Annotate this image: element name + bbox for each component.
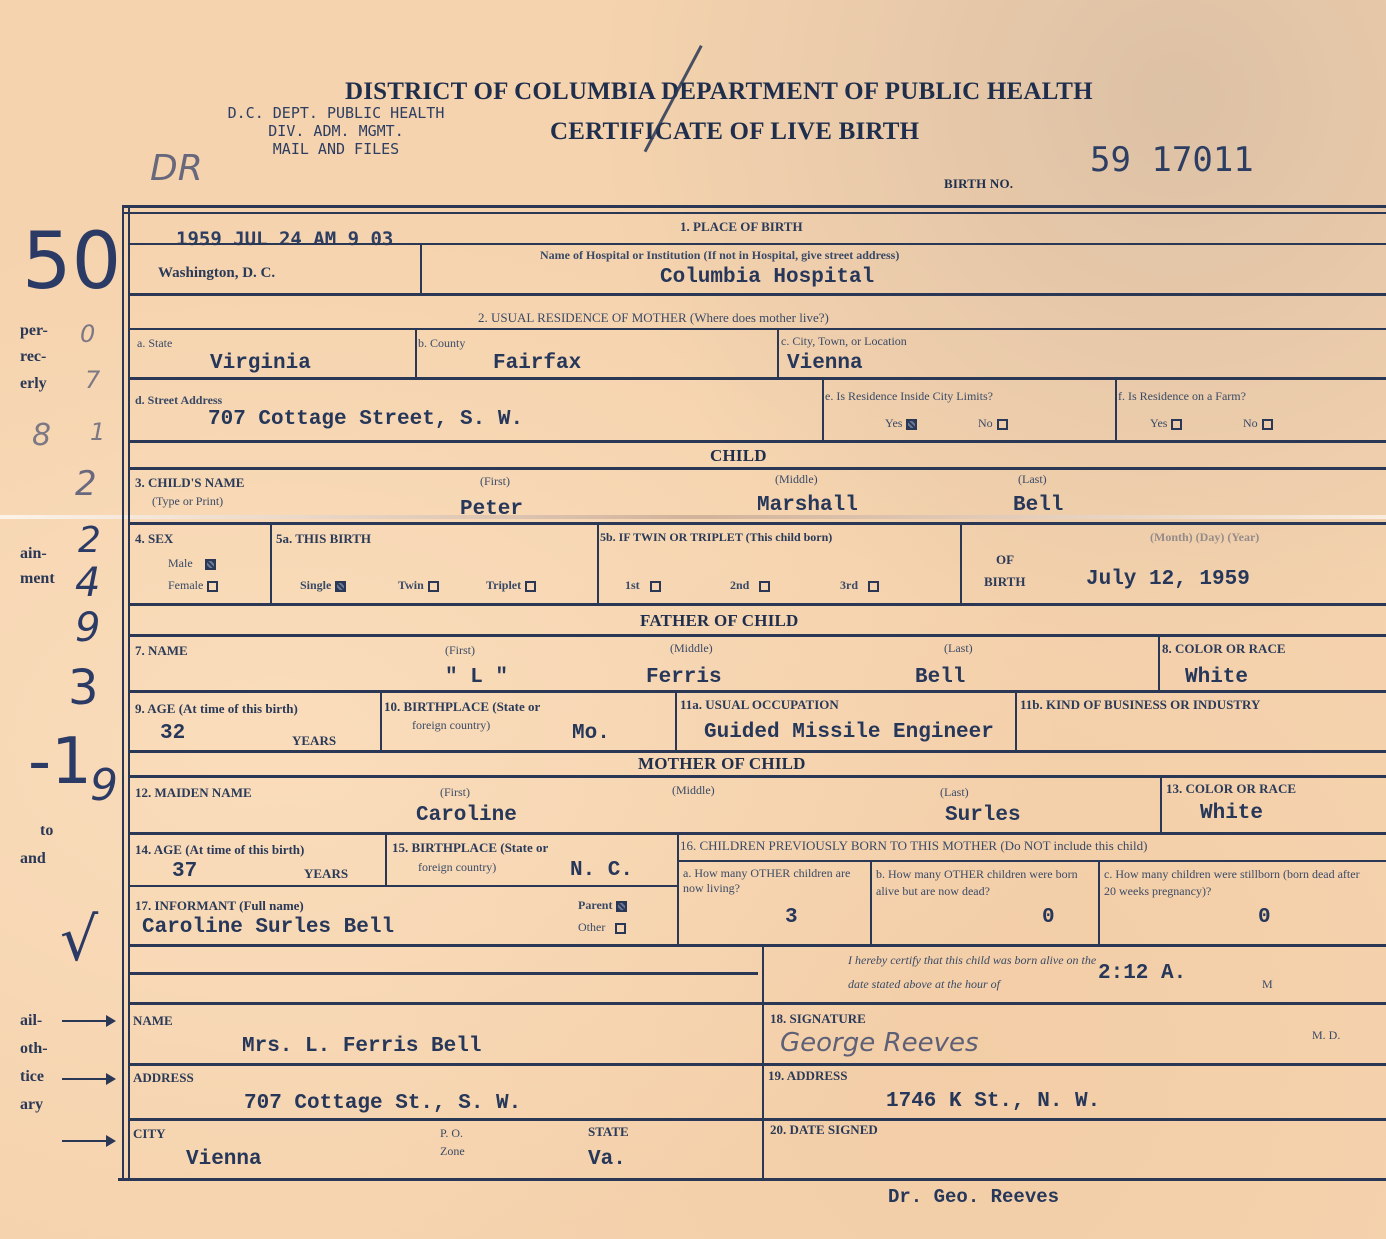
mother-race: White	[1200, 802, 1263, 825]
date-signed-label: 20. DATE SIGNED	[770, 1122, 878, 1138]
last-label: (Last)	[1018, 472, 1047, 487]
form-border-left	[122, 205, 124, 1180]
received-date-stamp: 1959 JUL 24 AM 9 03	[176, 228, 393, 250]
single-label: Single	[300, 578, 331, 592]
checkbox-checked[interactable]	[616, 901, 627, 912]
margin-word: and	[20, 850, 46, 868]
last-label: (Last)	[940, 785, 969, 800]
margin-word: ment	[20, 570, 55, 588]
mother-age-label: 14. AGE (At time of this birth)	[135, 842, 304, 858]
zone-label: Zone	[440, 1144, 465, 1159]
mailing-address-label: ADDRESS	[133, 1070, 194, 1086]
residence-section-label: 2. USUAL RESIDENCE OF MOTHER (Where does…	[478, 310, 829, 326]
handwritten-digit: 9	[75, 605, 100, 651]
birth-no-label: BIRTH NO.	[944, 176, 1013, 192]
this-birth-label: 5a. THIS BIRTH	[276, 531, 371, 547]
child-name-sublabel: (Type or Print)	[152, 494, 223, 509]
mailing-address: 707 Cottage St., S. W.	[244, 1092, 521, 1115]
divider	[128, 750, 1386, 753]
mother-race-label: 13. COLOR OR RACE	[1166, 781, 1296, 797]
hospital-name: Columbia Hospital	[660, 266, 874, 289]
arrow-head-icon	[106, 1135, 116, 1147]
child-section-header: CHILD	[710, 446, 767, 466]
divider	[420, 243, 422, 293]
stamp-line-2: DIV. ADM. MGMT.	[196, 122, 476, 140]
handwritten-digit: 9	[90, 760, 118, 811]
margin-word: oth-	[20, 1040, 48, 1058]
father-middle-name: Ferris	[646, 666, 722, 689]
father-race: White	[1185, 666, 1248, 689]
children-living: 3	[785, 906, 798, 929]
child-date-of-birth: July 12, 1959	[1086, 568, 1250, 591]
mailing-name-label: NAME	[133, 1013, 173, 1029]
divider	[128, 832, 1386, 835]
city-label: c. City, Town, or Location	[781, 334, 907, 349]
county-label: b. County	[418, 336, 465, 351]
handwritten-digit: 4	[75, 560, 100, 606]
female-label: Female	[168, 578, 203, 592]
divider	[128, 1118, 1386, 1121]
mother-name-label: 12. MAIDEN NAME	[135, 785, 252, 801]
handwritten-digit: 3	[68, 660, 99, 716]
twin-label: Twin	[398, 578, 424, 592]
stillborn-label: c. How many children were stillborn (bor…	[1104, 866, 1369, 900]
mailing-name: Mrs. L. Ferris Bell	[242, 1035, 481, 1058]
margin-word: per-	[20, 322, 48, 340]
father-age-label: 9. AGE (At time of this birth)	[135, 701, 298, 717]
street-label: d. Street Address	[135, 393, 222, 408]
margin-word: rec-	[20, 348, 46, 366]
form-border-top-inner	[122, 212, 1386, 214]
checkbox[interactable]	[759, 581, 770, 592]
mother-first-name: Caroline	[416, 804, 517, 827]
father-age: 32	[160, 722, 185, 745]
father-section-header: FATHER OF CHILD	[640, 611, 799, 631]
mother-birthplace-label: 15. BIRTHPLACE (State or	[392, 840, 548, 856]
arrow-right-icon	[62, 1078, 112, 1080]
birth-single[interactable]: Single	[300, 578, 346, 593]
male-label: Male	[168, 556, 193, 570]
father-birthplace-sublabel: foreign country)	[412, 718, 490, 733]
children-dead-label: b. How many OTHER children were born ali…	[876, 866, 1091, 900]
handwritten-digit: 7	[85, 366, 100, 394]
birth-number: 59 17011	[1090, 140, 1254, 180]
divider	[128, 885, 678, 887]
divider	[128, 690, 1386, 693]
last-label: (Last)	[944, 641, 973, 656]
divider	[128, 328, 1386, 330]
city-limits-label: e. Is Residence Inside City Limits?	[825, 389, 993, 404]
farm-label: f. Is Residence on a Farm?	[1118, 389, 1246, 404]
twin-third[interactable]: 3rd	[840, 578, 879, 593]
children-dead: 0	[1042, 906, 1055, 929]
checkbox[interactable]	[525, 581, 536, 592]
divider	[777, 328, 779, 378]
divider	[128, 440, 1386, 443]
child-last-name: Bell	[1013, 494, 1063, 517]
arrow-right-icon	[62, 1020, 112, 1022]
margin-word: to	[40, 822, 53, 840]
mother-birthplace-sublabel: foreign country)	[418, 860, 496, 875]
divider	[677, 860, 1386, 862]
signature-label: 18. SIGNATURE	[770, 1011, 866, 1027]
mailing-city: Vienna	[186, 1148, 262, 1171]
checkbox[interactable]	[1262, 419, 1273, 430]
hour-of-birth: 2:12 A.	[1098, 962, 1186, 985]
informant-label: 17. INFORMANT (Full name)	[135, 898, 304, 914]
mailing-city-label: CITY	[133, 1126, 166, 1142]
yes-label: Yes	[885, 416, 902, 430]
farm-no[interactable]: No	[1243, 416, 1273, 431]
divider	[415, 328, 417, 378]
physician-address: 1746 K St., N. W.	[886, 1090, 1100, 1113]
father-last-name: Bell	[915, 666, 965, 689]
divider	[385, 832, 387, 885]
divider	[380, 690, 382, 750]
physician-signature: George Reeves	[780, 1028, 979, 1058]
father-birthplace: Mo.	[572, 722, 610, 745]
mailing-state: Va.	[588, 1148, 626, 1171]
arrow-head-icon	[106, 1015, 116, 1027]
years-label: YEARS	[292, 733, 336, 749]
margin-word: tice	[20, 1068, 44, 1086]
first-born-label: 1st	[625, 578, 640, 592]
children-living-label: a. How many OTHER children are now livin…	[683, 866, 858, 896]
stamp-line-3: MAIL AND FILES	[196, 140, 476, 158]
checkbox[interactable]	[1171, 419, 1182, 430]
divider	[1115, 377, 1117, 440]
informant-parent[interactable]: Parent	[578, 898, 627, 913]
po-label: P. O.	[440, 1126, 463, 1141]
checkbox-checked[interactable]	[906, 419, 917, 430]
fold-crease	[0, 515, 1386, 519]
divider	[270, 522, 272, 604]
date-of-label: OF	[996, 552, 1014, 568]
father-name-label: 7. NAME	[135, 643, 188, 659]
checkbox-checked[interactable]	[205, 559, 216, 570]
received-stamp: D.C. DEPT. PUBLIC HEALTH DIV. ADM. MGMT.…	[196, 104, 476, 158]
divider	[128, 634, 1386, 637]
informant-other[interactable]: Other	[578, 920, 626, 935]
meridian-label: M	[1262, 977, 1273, 992]
department-title: DISTRICT OF COLUMBIA DEPARTMENT OF PUBLI…	[345, 78, 1093, 106]
divider	[1160, 775, 1162, 832]
father-birthplace-label: 10. BIRTHPLACE (State or	[384, 699, 540, 715]
mailing-state-label: STATE	[588, 1124, 629, 1140]
divider	[128, 377, 1386, 380]
divider	[1158, 634, 1160, 690]
form-border-bottom	[118, 1178, 1386, 1181]
checkbox-checked[interactable]	[335, 581, 346, 592]
checkbox[interactable]	[615, 923, 626, 934]
date-birth-label: BIRTH	[984, 574, 1025, 590]
residence-state: Virginia	[210, 352, 311, 375]
residence-street: 707 Cottage Street, S. W.	[208, 408, 523, 431]
handwritten-digit: 2	[78, 520, 101, 561]
divider	[762, 944, 764, 1180]
child-first-name: Peter	[460, 498, 523, 521]
farm-yes[interactable]: Yes	[1150, 416, 1182, 431]
father-occupation-label: 11a. USUAL OCCUPATION	[680, 697, 839, 713]
city-limits-no[interactable]: No	[978, 416, 1008, 431]
handwritten-digit: -1	[28, 725, 92, 799]
mother-last-name: Surles	[945, 804, 1021, 827]
second-born-label: 2nd	[730, 578, 749, 592]
birth-triplet[interactable]: Triplet	[486, 578, 536, 593]
residence-county: Fairfax	[493, 352, 581, 375]
father-first-name: " L "	[445, 666, 508, 689]
father-industry-label: 11b. KIND OF BUSINESS OR INDUSTRY	[1020, 697, 1260, 713]
divider	[128, 243, 1386, 245]
birth-twin[interactable]: Twin	[398, 578, 439, 593]
father-occupation: Guided Missile Engineer	[704, 721, 994, 744]
first-label: (First)	[480, 474, 510, 489]
no-label: No	[978, 416, 993, 430]
margin-word: ary	[20, 1096, 43, 1114]
divider	[128, 467, 1386, 470]
place-of-birth-label: 1. PLACE OF BIRTH	[680, 219, 803, 235]
divider	[128, 944, 1386, 947]
arrow-head-icon	[106, 1073, 116, 1085]
child-name-label: 3. CHILD'S NAME	[135, 475, 244, 491]
divider	[960, 522, 962, 604]
divider	[822, 377, 824, 440]
sex-label: 4. SEX	[135, 531, 173, 547]
divider	[1015, 690, 1017, 750]
checkbox[interactable]	[650, 581, 661, 592]
form-border-top	[122, 205, 1386, 208]
handwritten-initials: DR	[150, 148, 203, 189]
twin-first[interactable]: 1st	[625, 578, 661, 593]
handwritten-digit: 8	[32, 418, 51, 453]
first-label: (First)	[445, 643, 475, 658]
physician-typed-name: Dr. Geo. Reeves	[888, 1186, 1059, 1208]
state-label: a. State	[137, 336, 172, 351]
checkbox[interactable]	[868, 581, 879, 592]
margin-word: ain-	[20, 545, 47, 563]
divider	[128, 972, 758, 975]
child-middle-name: Marshall	[757, 494, 858, 517]
margin-word: ail-	[20, 1012, 42, 1030]
mother-section-header: MOTHER OF CHILD	[638, 754, 806, 774]
divider	[128, 522, 1386, 525]
arrow-right-icon	[62, 1140, 112, 1142]
middle-label: (Middle)	[670, 641, 713, 656]
divider	[128, 1063, 1386, 1066]
divider	[677, 832, 679, 945]
certification-line-1: I hereby certify that this child was bor…	[848, 953, 1096, 968]
divider	[675, 690, 677, 750]
margin-word: erly	[20, 375, 47, 393]
divider	[128, 1002, 1386, 1005]
residence-city: Vienna	[787, 352, 863, 375]
handwritten-checkmark: √	[60, 905, 98, 975]
children-stillborn: 0	[1258, 906, 1271, 929]
handwritten-number-50: 50	[22, 222, 121, 302]
twin-second[interactable]: 2nd	[730, 578, 770, 593]
third-born-label: 3rd	[840, 578, 858, 592]
birth-city: Washington, D. C.	[158, 265, 275, 282]
triplet-label: Triplet	[486, 578, 521, 592]
handwritten-digit: 1	[90, 418, 105, 446]
twin-order-label: 5b. IF TWIN OR TRIPLET (This child born)	[600, 530, 832, 545]
checkbox[interactable]	[428, 581, 439, 592]
middle-label: (Middle)	[672, 783, 715, 798]
divider	[870, 860, 872, 945]
stamp-line-1: D.C. DEPT. PUBLIC HEALTH	[196, 104, 476, 122]
md-label: M. D.	[1312, 1028, 1340, 1043]
children-previously-born-label: 16. CHILDREN PREVIOUSLY BORN TO THIS MOT…	[680, 838, 1147, 854]
other-label: Other	[578, 920, 605, 934]
city-limits-yes[interactable]: Yes	[885, 416, 917, 431]
handwritten-digit: 0	[80, 320, 95, 348]
certificate-title: CERTIFICATE OF LIVE BIRTH	[550, 118, 919, 146]
divider	[128, 603, 1386, 606]
mother-birthplace: N. C.	[570, 859, 633, 882]
yes-label: Yes	[1150, 416, 1167, 430]
date-header-label: (Month) (Day) (Year)	[1150, 530, 1259, 545]
informant-name: Caroline Surles Bell	[142, 916, 394, 939]
middle-label: (Middle)	[775, 472, 818, 487]
mother-age: 37	[172, 860, 197, 883]
certification-line-2: date stated above at the hour of	[848, 977, 1000, 992]
hospital-label: Name of Hospital or Institution (If not …	[540, 248, 899, 263]
father-race-label: 8. COLOR OR RACE	[1162, 641, 1286, 657]
checkbox[interactable]	[997, 419, 1008, 430]
divider	[128, 775, 1386, 778]
no-label: No	[1243, 416, 1258, 430]
divider	[597, 522, 599, 604]
sex-male[interactable]: Male	[168, 556, 216, 571]
parent-label: Parent	[578, 898, 612, 912]
years-label: YEARS	[304, 866, 348, 882]
checkbox[interactable]	[207, 581, 218, 592]
first-label: (First)	[440, 785, 470, 800]
sex-female[interactable]: Female	[168, 578, 218, 593]
divider	[128, 293, 1386, 296]
divider	[1098, 860, 1100, 945]
handwritten-digit: 2	[75, 464, 97, 504]
physician-address-label: 19. ADDRESS	[768, 1068, 847, 1084]
